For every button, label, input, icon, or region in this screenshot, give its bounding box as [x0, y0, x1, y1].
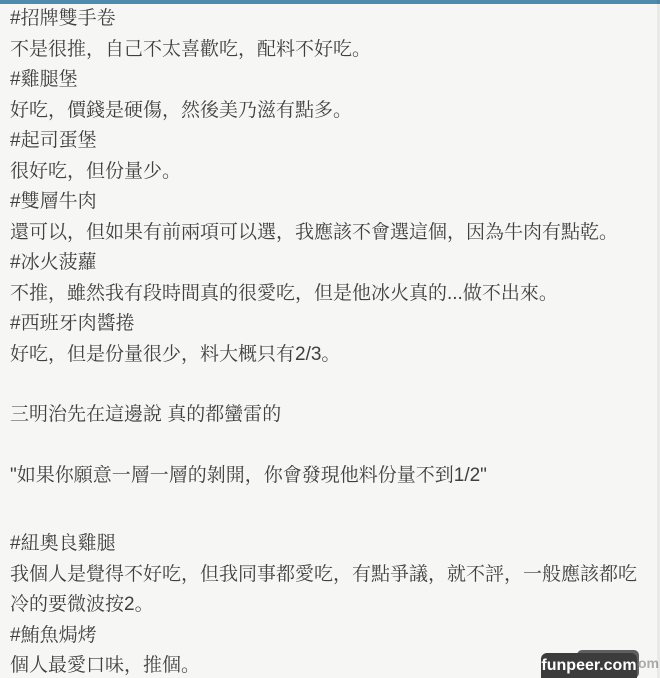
review-text-body: #招牌雙手卷 不是很推，自己不太喜歡吃，配料不好吃。 #雞腿堡 好吃，價錢是硬傷…: [0, 4, 660, 678]
hashtag-label: #西班牙肉醬捲: [10, 309, 646, 340]
review-comment: 很好吃，但份量少。: [10, 157, 646, 188]
review-item: #西班牙肉醬捲 好吃，但是份量很少，料大概只有2/3。: [10, 309, 646, 370]
review-item: #雙層牛肉 還可以，但如果有前兩項可以選，我應該不會選這個，因為牛肉有點乾。: [10, 187, 646, 248]
review-item: #冰火菠蘿 不推，雖然我有段時間真的很愛吃，但是他冰火真的...做不出來。: [10, 248, 646, 309]
review-item: #起司蛋堡 很好吃，但份量少。: [10, 126, 646, 187]
hashtag-label: #起司蛋堡: [10, 126, 646, 157]
hashtag-label: #雙層牛肉: [10, 187, 646, 218]
paragraph-gap: [10, 431, 646, 461]
hashtag-label: #雞腿堡: [10, 65, 646, 96]
sandwich-intro-line: 三明治先在這邊說 真的都蠻雷的: [10, 400, 646, 431]
review-comment: 我個人是覺得不好吃，但我同事都愛吃，有點爭議，就不評，一般應該都吃冷的要微波按2…: [10, 560, 646, 621]
review-comment: 還可以，但如果有前兩項可以選，我應該不會選這個，因為牛肉有點乾。: [10, 218, 646, 249]
hashtag-label: #招牌雙手卷: [10, 4, 646, 35]
review-comment: 不是很推，自己不太喜歡吃，配料不好吃。: [10, 35, 646, 66]
funpeer-watermark-badge: funpeer.com: [541, 653, 637, 678]
review-item: #雞腿堡 好吃，價錢是硬傷，然後美乃滋有點多。: [10, 65, 646, 126]
sandwich-quote-line: "如果你願意一層一層的剝開，你會發現他料份量不到1/2": [10, 461, 646, 492]
review-comment: 不推，雖然我有段時間真的很愛吃，但是他冰火真的...做不出來。: [10, 279, 646, 310]
review-item: #紐奧良雞腿 我個人是覺得不好吃，但我同事都愛吃，有點爭議，就不評，一般應該都吃…: [10, 529, 646, 621]
hashtag-label: #冰火菠蘿: [10, 248, 646, 279]
paragraph-gap: [10, 370, 646, 400]
paragraph-gap: [10, 491, 646, 529]
review-item: #招牌雙手卷 不是很推，自己不太喜歡吃，配料不好吃。: [10, 4, 646, 65]
hashtag-label: #紐奧良雞腿: [10, 529, 646, 560]
review-comment: 好吃，但是份量很少，料大概只有2/3。: [10, 340, 646, 371]
watermark-partial-text: om: [638, 655, 659, 671]
review-comment: 好吃，價錢是硬傷，然後美乃滋有點多。: [10, 96, 646, 127]
hashtag-label: #鮪魚焗烤: [10, 621, 646, 652]
